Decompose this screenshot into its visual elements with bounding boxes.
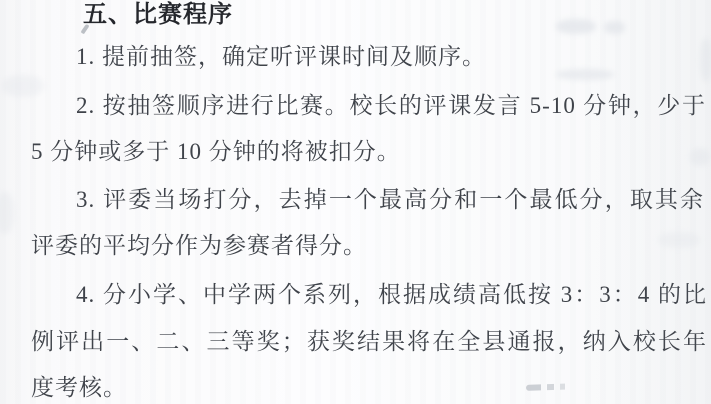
smudge-artifact [526, 383, 578, 391]
text-line-6: 4. 分小学、中学两个系列，根据成绩高低按 3：3：4 的比 [76, 281, 707, 309]
ink-bleedthrough-artifact [556, 69, 614, 80]
section-heading: 五、比赛程序 [83, 1, 233, 29]
scan-noise-artifact [690, 148, 710, 166]
text-line-2: 2. 按抽签顺序进行比赛。校长的评课发言 5-10 分钟，少于 [76, 92, 706, 120]
scanned-document-page: 五、比赛程序 1. 提前抽签，确定听评课时间及顺序。 2. 按抽签顺序进行比赛。… [0, 0, 711, 404]
scan-noise-artifact [2, 75, 44, 97]
text-line-7: 例评出一、二、三等奖；获奖结果将在全县通报，纳入校长年 [31, 328, 707, 356]
text-line-3: 5 分钟或多于 10 分钟的将被扣分。 [31, 138, 401, 166]
text-line-8: 度考核。 [31, 374, 127, 402]
text-line-4: 3. 评委当场打分，去掉一个最高分和一个最低分，取其余 [76, 186, 704, 214]
scan-noise-artifact [0, 192, 14, 234]
text-line-5: 评委的平均分作为参赛者得分。 [31, 232, 367, 260]
ink-bleedthrough-artifact [700, 38, 711, 82]
ink-bleedthrough-artifact [556, 19, 596, 34]
ink-bleedthrough-artifact [604, 21, 625, 34]
scan-noise-artifact [658, 232, 700, 248]
pen-tick-artifact [80, 24, 89, 34]
text-line-1: 1. 提前抽签，确定听评课时间及顺序。 [76, 43, 486, 71]
